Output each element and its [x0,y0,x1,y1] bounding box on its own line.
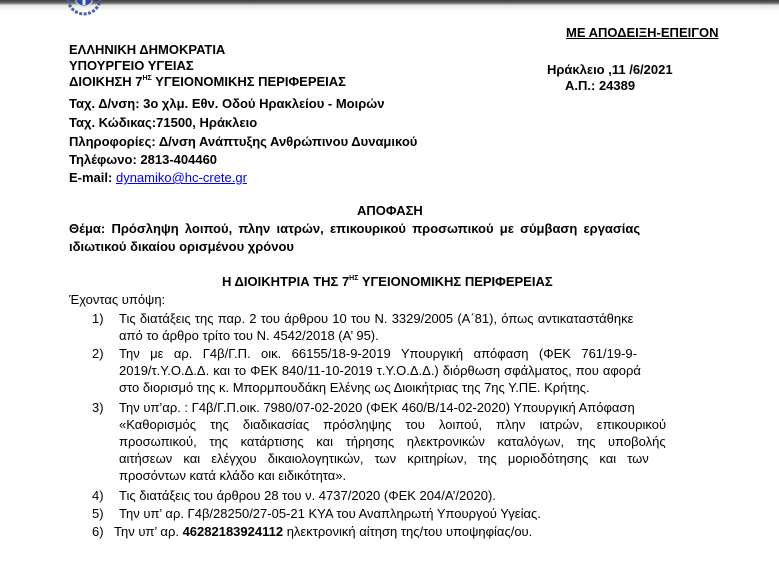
item-6-line-1: Την υπ’ αρ. 46282183924112 ηλεκτρονική α… [114,524,532,541]
application-number: 46282183924112 [183,524,284,539]
item-3-line-2: «Καθορισμός της διαδικασίας πρόσληψης το… [119,417,666,434]
item-number: 3) [92,400,104,417]
administration-sup: ΗΣ [143,75,152,82]
item-6-prefix: Την υπ’ αρ. [114,524,183,539]
address-line: Ταχ. Δ/νση: 3ο χλμ. Εθν. Οδού Ηρακλείου … [69,96,384,112]
item-2-line-2: 2019/τ.Υ.Ο.Δ.Δ. και το ΦΕΚ 840/11-10-201… [119,363,641,380]
item-number: 5) [92,506,104,523]
ministry-label: ΥΠΟΥΡΓΕΙΟ ΥΓΕΙΑΣ [69,58,194,74]
authority-prefix: Η ΔΙΟΙΚΗΤΡΙΑ ΤΗΣ 7 [222,274,349,289]
authority-suffix: ΥΓΕΙΟΝΟΜΙΚΗΣ ΠΕΡΙΦΕΡΕΙΑΣ [358,274,552,289]
email-link[interactable]: dynamiko@hc-crete.gr [116,170,247,185]
subject-line-2: ιδιωτικού δικαίου ορισμένου χρόνου [69,239,294,255]
item-2-line-1: Την με αρ. Γ4β/Γ.Π. οικ. 66155/18-9-2019… [119,346,637,363]
item-number: 2) [92,346,104,363]
email-line: E-mail: dynamiko@hc-crete.gr [69,170,247,186]
considering-label: Έχοντας υπόψη: [69,292,165,309]
item-3-line-4: αιτήσεων και ελέγχου δικαιολογητικών, τω… [119,451,649,468]
item-3-line-3: προσωπικού, της κατάρτισης και τήρησης η… [119,434,666,451]
coat-of-arms-icon [66,0,102,16]
item-3-line-5: προσόντων κατά κλάδο και ειδικότητα». [119,468,346,485]
item-2-line-3: στο διορισμό της κ. Μπορμπουδάκη Ελένης … [119,380,590,397]
email-label: E-mail: [69,170,116,185]
place-date: Ηράκλειο ,11 /6/2021 [547,62,673,78]
administration-prefix: ΔΙΟΙΚΗΣΗ 7 [69,74,143,89]
urgent-label: ΜΕ ΑΠΟΔΕΙΞΗ-ΕΠΕΙΓΟΝ [566,25,719,40]
decision-title: ΑΠΟΦΑΣΗ [357,203,423,219]
item-5-line-1: Την υπ’ αρ. Γ4β/28250/27-05-21 ΚΥΑ του Α… [119,506,541,523]
administration-suffix: ΥΓΕΙΟΝΟΜΙΚΗΣ ΠΕΡΙΦΕΡΕΙΑΣ [152,74,346,89]
item-3-line-1: Την υπ’αρ. : Γ4β/Γ.Π.οικ. 7980/07-02-202… [119,400,635,417]
phone-line: Τηλέφωνο: 2813-404460 [69,152,217,168]
republic-label: ΕΛΛΗΝΙΚΗ ΔΗΜΟΚΡΑΤΙΑ [69,42,225,58]
item-number: 6) [92,524,104,541]
item-1-line-2: από το άρθρο τρίτο του Ν. 4542/2018 (Α’ … [119,328,379,345]
authority-heading: Η ΔΙΟΙΚΗΤΡΙΑ ΤΗΣ 7ΗΣ ΥΓΕΙΟΝΟΜΙΚΗΣ ΠΕΡΙΦΕ… [222,274,553,290]
item-1-line-1: Τις διατάξεις της παρ. 2 του άρθρου 10 τ… [119,311,633,328]
postal-code-line: Ταχ. Κώδικας:71500, Ηράκλειο [69,115,257,131]
item-6-suffix: ηλεκτρονική αίτηση της/του υποψηφίας/ου. [283,524,532,539]
protocol-number: Α.Π.: 24389 [565,78,635,94]
item-number: 4) [92,488,104,505]
item-number: 1) [92,311,104,328]
window-top-shadow [0,5,779,11]
administration-label: ΔΙΟΙΚΗΣΗ 7ΗΣ ΥΓΕΙΟΝΟΜΙΚΗΣ ΠΕΡΙΦΕΡΕΙΑΣ [69,74,346,90]
subject-line-1: Θέμα: Πρόσληψη λοιπού, πλην ιατρών, επικ… [69,221,712,237]
info-line: Πληροφορίες: Δ/νση Ανάπτυξης Ανθρώπινου … [69,134,417,150]
item-4-line-1: Τις διατάξεις του άρθρου 28 του ν. 4737/… [119,488,496,505]
